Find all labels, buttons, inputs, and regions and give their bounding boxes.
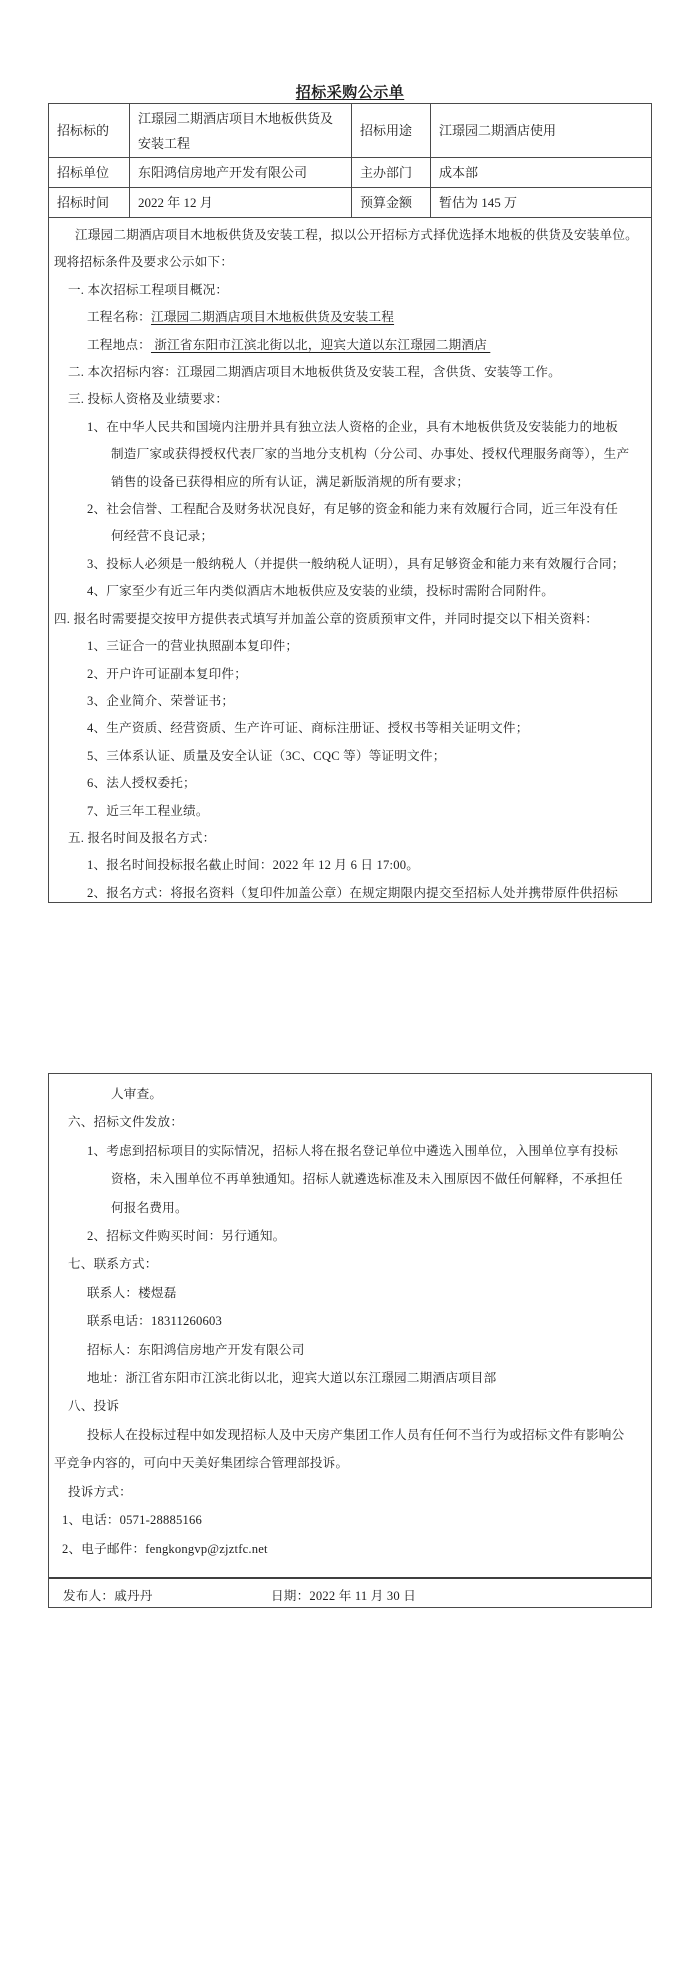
body-line-text: 七、联系方式： — [68, 1257, 158, 1271]
body-line-text: 联系人：楼煜磊 — [87, 1286, 177, 1300]
body-line: 平竞争内容的，可向中天美好集团综合管理部投诉。 — [54, 1449, 651, 1477]
info-cell-label: 主办部门 — [352, 158, 431, 187]
info-cell-value: 2022 年 12 月 — [130, 188, 352, 217]
date-text: 日期：2022 年 11 月 30 日 — [271, 1585, 416, 1604]
body-line-text: 工程名称： — [87, 310, 151, 324]
body-line: 七、联系方式： — [68, 1250, 651, 1278]
body-line-text: 1、在中华人民共和国境内注册并具有独立法人资格的企业，具有木地板供货及安装能力的… — [87, 420, 618, 434]
body-line-text: 1、报名时间投标报名截止时间：2022 年 12 月 6 日 17:00。 — [87, 858, 419, 872]
body-line-text: 资格，未入围单位不再单独通知。招标人就遴选标准及未入围原因不做任何解释，不承担任 — [111, 1172, 623, 1186]
body-line-text: 3、企业简介、荣誉证书； — [87, 694, 234, 708]
underlined-text: 江璟园二期酒店项目木地板供货及安装工程 — [151, 310, 394, 324]
body-line-text: 招标人：东阳鸿信房地产开发有限公司 — [87, 1343, 305, 1357]
body-line-text: 4、生产资质、经营资质、生产许可证、商标注册证、授权书等相关证明文件； — [87, 721, 528, 735]
body-line: 六、招标文件发放： — [68, 1108, 651, 1136]
body-line-text: 2、报名方式：将报名资料（复印件加盖公章）在规定期限内提交至招标人处并携带原件供… — [87, 886, 618, 900]
body-line: 八、投诉 — [68, 1392, 651, 1420]
body-line: 4、生产资质、经营资质、生产许可证、商标注册证、授权书等相关证明文件； — [87, 715, 651, 742]
body-line: 现将招标条件及要求公示如下： — [54, 249, 651, 276]
info-cell-label: 预算金额 — [352, 188, 431, 217]
body-line: 地址：浙江省东阳市江滨北街以北，迎宾大道以东江璟园二期酒店项目部 — [87, 1364, 651, 1392]
body-line: 工程地点： 浙江省东阳市江滨北街以北，迎宾大道以东江璟园二期酒店 — [87, 332, 651, 359]
info-cell-label: 招标标的 — [49, 104, 130, 157]
body-line: 人审查。 — [111, 1080, 651, 1108]
body-line: 投标人在投标过程中如发现招标人及中天房产集团工作人员有任何不当行为或招标文件有影… — [87, 1421, 651, 1449]
info-cell-value: 成本部 — [431, 158, 651, 187]
info-table-row: 招标时间 2022 年 12 月 预算金额 暂估为 145 万 — [49, 188, 651, 218]
body-line: 5、三体系认证、质量及安全认证（3C、CQC 等）等证明文件； — [87, 743, 651, 770]
body-line: 工程名称：江璟园二期酒店项目木地板供货及安装工程 — [87, 304, 651, 331]
info-table-row: 招标单位 东阳鸿信房地产开发有限公司 主办部门 成本部 — [49, 158, 651, 188]
body-line: 1、电话：0571-28885166 — [62, 1506, 651, 1534]
body-line-text: 工程地点： — [87, 338, 151, 352]
body-line: 7、近三年工程业绩。 — [87, 798, 651, 825]
body-line-text: 6、法人授权委托； — [87, 776, 196, 790]
body-line: 1、三证合一的营业执照副本复印件； — [87, 633, 651, 660]
body-line: 招标人：东阳鸿信房地产开发有限公司 — [87, 1336, 651, 1364]
info-cell-value: 江璟园二期酒店项目木地板供货及安装工程 — [130, 104, 352, 157]
info-table-row: 招标标的 江璟园二期酒店项目木地板供货及安装工程 招标用途 江璟园二期酒店使用 — [49, 104, 651, 158]
body-line-text: 2、招标文件购买时间：另行通知。 — [87, 1229, 285, 1243]
body-line: 联系人：楼煜磊 — [87, 1279, 651, 1307]
info-cell-value: 东阳鸿信房地产开发有限公司 — [130, 158, 352, 187]
body-line-text: 1、三证合一的营业执照副本复印件； — [87, 639, 298, 653]
body-line-text: 何经营不良记录； — [111, 529, 213, 543]
body-line: 1、考虑到招标项目的实际情况，招标人将在报名登记单位中遴选入围单位，入围单位享有… — [87, 1137, 651, 1165]
body-line: 投诉方式： — [68, 1478, 651, 1506]
body-line-text: 2、电子邮件：fengkongvp@zjztfc.net — [62, 1542, 268, 1556]
body-line: 2、电子邮件：fengkongvp@zjztfc.net — [62, 1535, 651, 1563]
body-line: 四. 报名时需要提交按甲方提供表式填写并加盖公章的资质预审文件，并同时提交以下相… — [54, 606, 651, 633]
body-line-text: 5、三体系认证、质量及安全认证（3C、CQC 等）等证明文件； — [87, 749, 446, 763]
body-line: 1、报名时间投标报名截止时间：2022 年 12 月 6 日 17:00。 — [87, 852, 651, 879]
bid-info-table: 招标标的 江璟园二期酒店项目木地板供货及安装工程 招标用途 江璟园二期酒店使用 … — [49, 104, 651, 218]
body-line: 销售的设备已获得相应的所有认证，满足新版消规的所有要求； — [111, 469, 651, 496]
body-line: 联系电话：18311260603 — [87, 1307, 651, 1335]
body-line-text: 1、考虑到招标项目的实际情况，招标人将在报名登记单位中遴选入围单位，入围单位享有… — [87, 1144, 618, 1158]
body-line-text: 平竞争内容的，可向中天美好集团综合管理部投诉。 — [54, 1456, 348, 1470]
info-cell-label: 招标单位 — [49, 158, 130, 187]
body-line-text: 何报名费用。 — [111, 1201, 188, 1215]
body-line-text: 二. 本次招标内容：江璟园二期酒店项目木地板供货及安装工程，含供货、安装等工作。 — [68, 365, 561, 379]
notice-sheet-page2: 人审查。六、招标文件发放：1、考虑到招标项目的实际情况，招标人将在报名登记单位中… — [48, 1073, 652, 1608]
body-line-text: 4、厂家至少有近三年内类似酒店木地板供应及安装的业绩，投标时需附合同附件。 — [87, 584, 554, 598]
notice-body-page1: 江璟园二期酒店项目木地板供货及安装工程，拟以公开招标方式择优选择木地板的供货及安… — [49, 218, 651, 902]
notice-sheet-page1: 招标标的 江璟园二期酒店项目木地板供货及安装工程 招标用途 江璟园二期酒店使用 … — [48, 103, 652, 903]
publisher-name: 戚丹丹 — [114, 1589, 152, 1603]
document-page: 招标采购公示单 招标标的 江璟园二期酒店项目木地板供货及安装工程 招标用途 江璟… — [0, 0, 700, 1979]
info-cell-label: 招标时间 — [49, 188, 130, 217]
body-line-text: 一. 本次招标工程项目概况： — [68, 283, 228, 297]
body-line-text: 四. 报名时需要提交按甲方提供表式填写并加盖公章的资质预审文件，并同时提交以下相… — [54, 612, 598, 626]
body-line-text: 八、投诉 — [68, 1399, 119, 1413]
body-line: 二. 本次招标内容：江璟园二期酒店项目木地板供货及安装工程，含供货、安装等工作。 — [68, 359, 651, 386]
body-line: 2、招标文件购买时间：另行通知。 — [87, 1222, 651, 1250]
body-line: 3、企业简介、荣誉证书； — [87, 688, 651, 715]
body-line: 6、法人授权委托； — [87, 770, 651, 797]
body-line-text: 销售的设备已获得相应的所有认证，满足新版消规的所有要求； — [111, 475, 469, 489]
body-line-text: 联系电话：18311260603 — [87, 1314, 222, 1328]
body-line: 五. 报名时间及报名方式： — [68, 825, 651, 852]
body-line-text: 地址：浙江省东阳市江滨北街以北，迎宾大道以东江璟园二期酒店项目部 — [87, 1371, 496, 1385]
body-line: 资格，未入围单位不再单独通知。招标人就遴选标准及未入围原因不做任何解释，不承担任 — [111, 1165, 651, 1193]
body-line: 1、在中华人民共和国境内注册并具有独立法人资格的企业，具有木地板供货及安装能力的… — [87, 414, 651, 441]
body-line-text: 7、近三年工程业绩。 — [87, 804, 209, 818]
body-line-text: 三. 投标人资格及业绩要求： — [68, 392, 228, 406]
body-line: 三. 投标人资格及业绩要求： — [68, 386, 651, 413]
publisher-text: 发布人：戚丹丹 — [63, 1585, 153, 1604]
body-line: 何经营不良记录； — [111, 523, 651, 550]
body-line-text: 五. 报名时间及报名方式： — [68, 831, 215, 845]
body-line-text: 六、招标文件发放： — [68, 1115, 183, 1129]
info-cell-label: 招标用途 — [352, 104, 431, 157]
body-line-text: 3、投标人必须是一般纳税人（并提供一般纳税人证明），具有足够资金和能力来有效履行… — [87, 557, 625, 571]
info-cell-value: 暂估为 145 万 — [431, 188, 651, 217]
notice-footer: 发布人：戚丹丹 日期：2022 年 11 月 30 日 — [49, 1577, 651, 1607]
body-line-text: 1、电话：0571-28885166 — [62, 1513, 202, 1527]
body-line-text: 投标人在投标过程中如发现招标人及中天房产集团工作人员有任何不当行为或招标文件有影… — [87, 1428, 624, 1442]
info-cell-value: 江璟园二期酒店使用 — [431, 104, 651, 157]
body-line: 2、报名方式：将报名资料（复印件加盖公章）在规定期限内提交至招标人处并携带原件供… — [87, 880, 651, 902]
body-line: 2、社会信誉、工程配合及财务状况良好，有足够的资金和能力来有效履行合同，近三年没… — [87, 496, 651, 523]
underlined-text: 浙江省东阳市江滨北街以北，迎宾大道以东江璟园二期酒店 — [151, 338, 490, 352]
body-line-text: 人审查。 — [111, 1087, 162, 1101]
body-line-text: 2、开户许可证副本复印件； — [87, 667, 247, 681]
publisher-label: 发布人： — [63, 1589, 114, 1603]
body-line: 2、开户许可证副本复印件； — [87, 661, 651, 688]
notice-body-page2: 人审查。六、招标文件发放：1、考虑到招标项目的实际情况，招标人将在报名登记单位中… — [49, 1074, 651, 1577]
body-line-text: 制造厂家或获得授权代表厂家的当地分支机构（分公司、办事处、授权代理服务商等），生… — [111, 447, 629, 461]
body-line: 制造厂家或获得授权代表厂家的当地分支机构（分公司、办事处、授权代理服务商等），生… — [111, 441, 651, 468]
document-title: 招标采购公示单 — [0, 81, 700, 102]
body-line: 一. 本次招标工程项目概况： — [68, 277, 651, 304]
body-line-text: 2、社会信誉、工程配合及财务状况良好，有足够的资金和能力来有效履行合同，近三年没… — [87, 502, 618, 516]
body-line: 4、厂家至少有近三年内类似酒店木地板供应及安装的业绩，投标时需附合同附件。 — [87, 578, 651, 605]
body-line-text: 江璟园二期酒店项目木地板供货及安装工程，拟以公开招标方式择优选择木地板的供货及安… — [75, 228, 638, 242]
date-label: 日期： — [271, 1589, 309, 1603]
body-line: 江璟园二期酒店项目木地板供货及安装工程，拟以公开招标方式择优选择木地板的供货及安… — [75, 222, 651, 249]
body-line-text: 投诉方式： — [68, 1485, 132, 1499]
date-value: 2022 年 11 月 30 日 — [309, 1589, 416, 1603]
body-line: 何报名费用。 — [111, 1194, 651, 1222]
body-line: 3、投标人必须是一般纳税人（并提供一般纳税人证明），具有足够资金和能力来有效履行… — [87, 551, 651, 578]
body-line-text: 现将招标条件及要求公示如下： — [54, 255, 233, 269]
